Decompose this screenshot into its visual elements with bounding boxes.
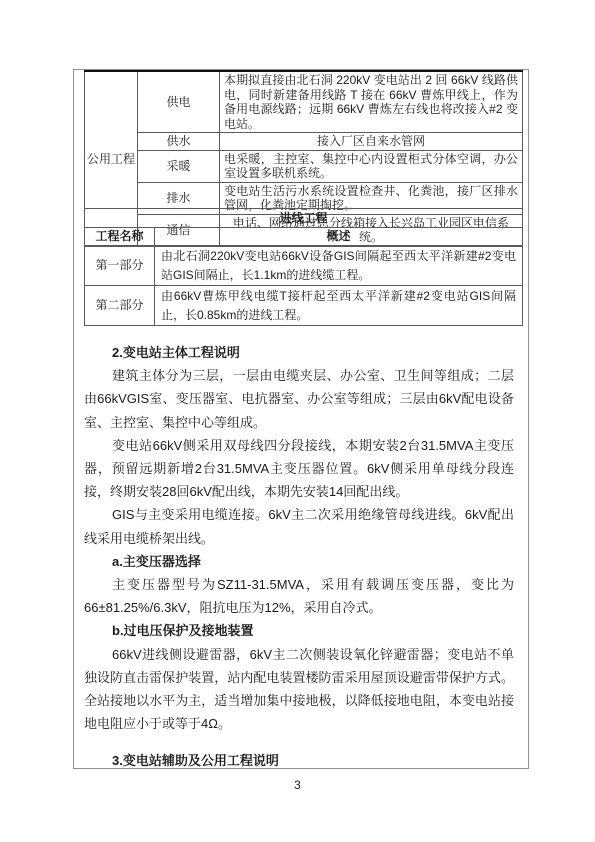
- incoming-line-title: 进线工程: [85, 209, 523, 228]
- row-content-part-one: 由北石洞220kV变电站66kV设备GIS间隔起至西太平洋新建#2变电站GIS间…: [155, 246, 523, 286]
- table-row: 工程名称 概述: [85, 228, 523, 246]
- table-row: 进线工程: [85, 209, 523, 228]
- row-content-heating: 电采暖，主控室、集控中心内设置柜式分体空调，办公室设置多联机系统。: [220, 150, 523, 182]
- table-row: 采暖 电采暖，主控室、集控中心内设置柜式分体空调，办公室设置多联机系统。: [85, 150, 523, 182]
- row-label-part-two: 第二部分: [85, 286, 155, 326]
- table-row: 公用工程 供电 本期拟直接由北石洞 220kV 变电站出 2 回 66kV 线路…: [85, 71, 523, 133]
- table-row: 第一部分 由北石洞220kV变电站66kV设备GIS间隔起至西太平洋新建#2变电…: [85, 246, 523, 286]
- document-page: 公用工程 供电 本期拟直接由北石洞 220kV 变电站出 2 回 66kV 线路…: [0, 0, 595, 842]
- row-label-heating: 采暖: [138, 150, 220, 182]
- section-heading-2: 2.变电站主体工程说明: [84, 341, 514, 364]
- sub-heading-b: b.过电压保护及接地装置: [84, 619, 514, 642]
- section-heading-3: 3.变电站辅助及公用工程说明: [84, 749, 514, 772]
- row-content-water-supply: 接入厂区自来水管网: [220, 133, 523, 151]
- row-label-water-supply: 供水: [138, 133, 220, 151]
- row-content-power-supply: 本期拟直接由北石洞 220kV 变电站出 2 回 66kV 线路供电，同时新建备…: [220, 71, 523, 133]
- paragraph-gis-connection: GIS与主变采用电缆连接。6kV主二次采用绝缘管母线进线。6kV配出线采用电缆桥…: [84, 503, 514, 549]
- paragraph-bus-configuration: 变电站66kV侧采用双母线四分段接线，本期安装2台31.5MVA主变压器，预留远…: [84, 434, 514, 504]
- paragraph-lightning-grounding: 66kV进线侧设避雷器，6kV主二次侧装设氧化锌避雷器；变电站不单独设防直击雷保…: [84, 643, 514, 736]
- row-content-part-two: 由66kV曹炼甲线电缆T接杆起至西太平洋新建#2变电站GIS间隔止，长0.85k…: [155, 286, 523, 326]
- sub-heading-a: a.主变压器选择: [84, 550, 514, 573]
- incoming-line-table: 进线工程 工程名称 概述 第一部分 由北石洞220kV变电站66kV设备GIS间…: [84, 208, 523, 326]
- column-header-overview: 概述: [155, 228, 523, 246]
- page-number: 3: [0, 778, 595, 792]
- column-header-project-name: 工程名称: [85, 228, 155, 246]
- paragraph-building-layout: 建筑主体分为三层，一层由电缆夹层、办公室、卫生间等组成；二层由66kVGIS室、…: [84, 364, 514, 434]
- row-label-power-supply: 供电: [138, 71, 220, 133]
- row-label-part-one: 第一部分: [85, 246, 155, 286]
- table-row: 第二部分 由66kV曹炼甲线电缆T接杆起至西太平洋新建#2变电站GIS间隔止，长…: [85, 286, 523, 326]
- paragraph-transformer-spec: 主变压器型号为SZ11-31.5MVA，采用有载调压变压器，变比为66±81.2…: [84, 573, 514, 619]
- body-text-block: 2.变电站主体工程说明 建筑主体分为三层，一层由电缆夹层、办公室、卫生间等组成；…: [84, 341, 514, 773]
- table-row: 供水 接入厂区自来水管网: [85, 133, 523, 151]
